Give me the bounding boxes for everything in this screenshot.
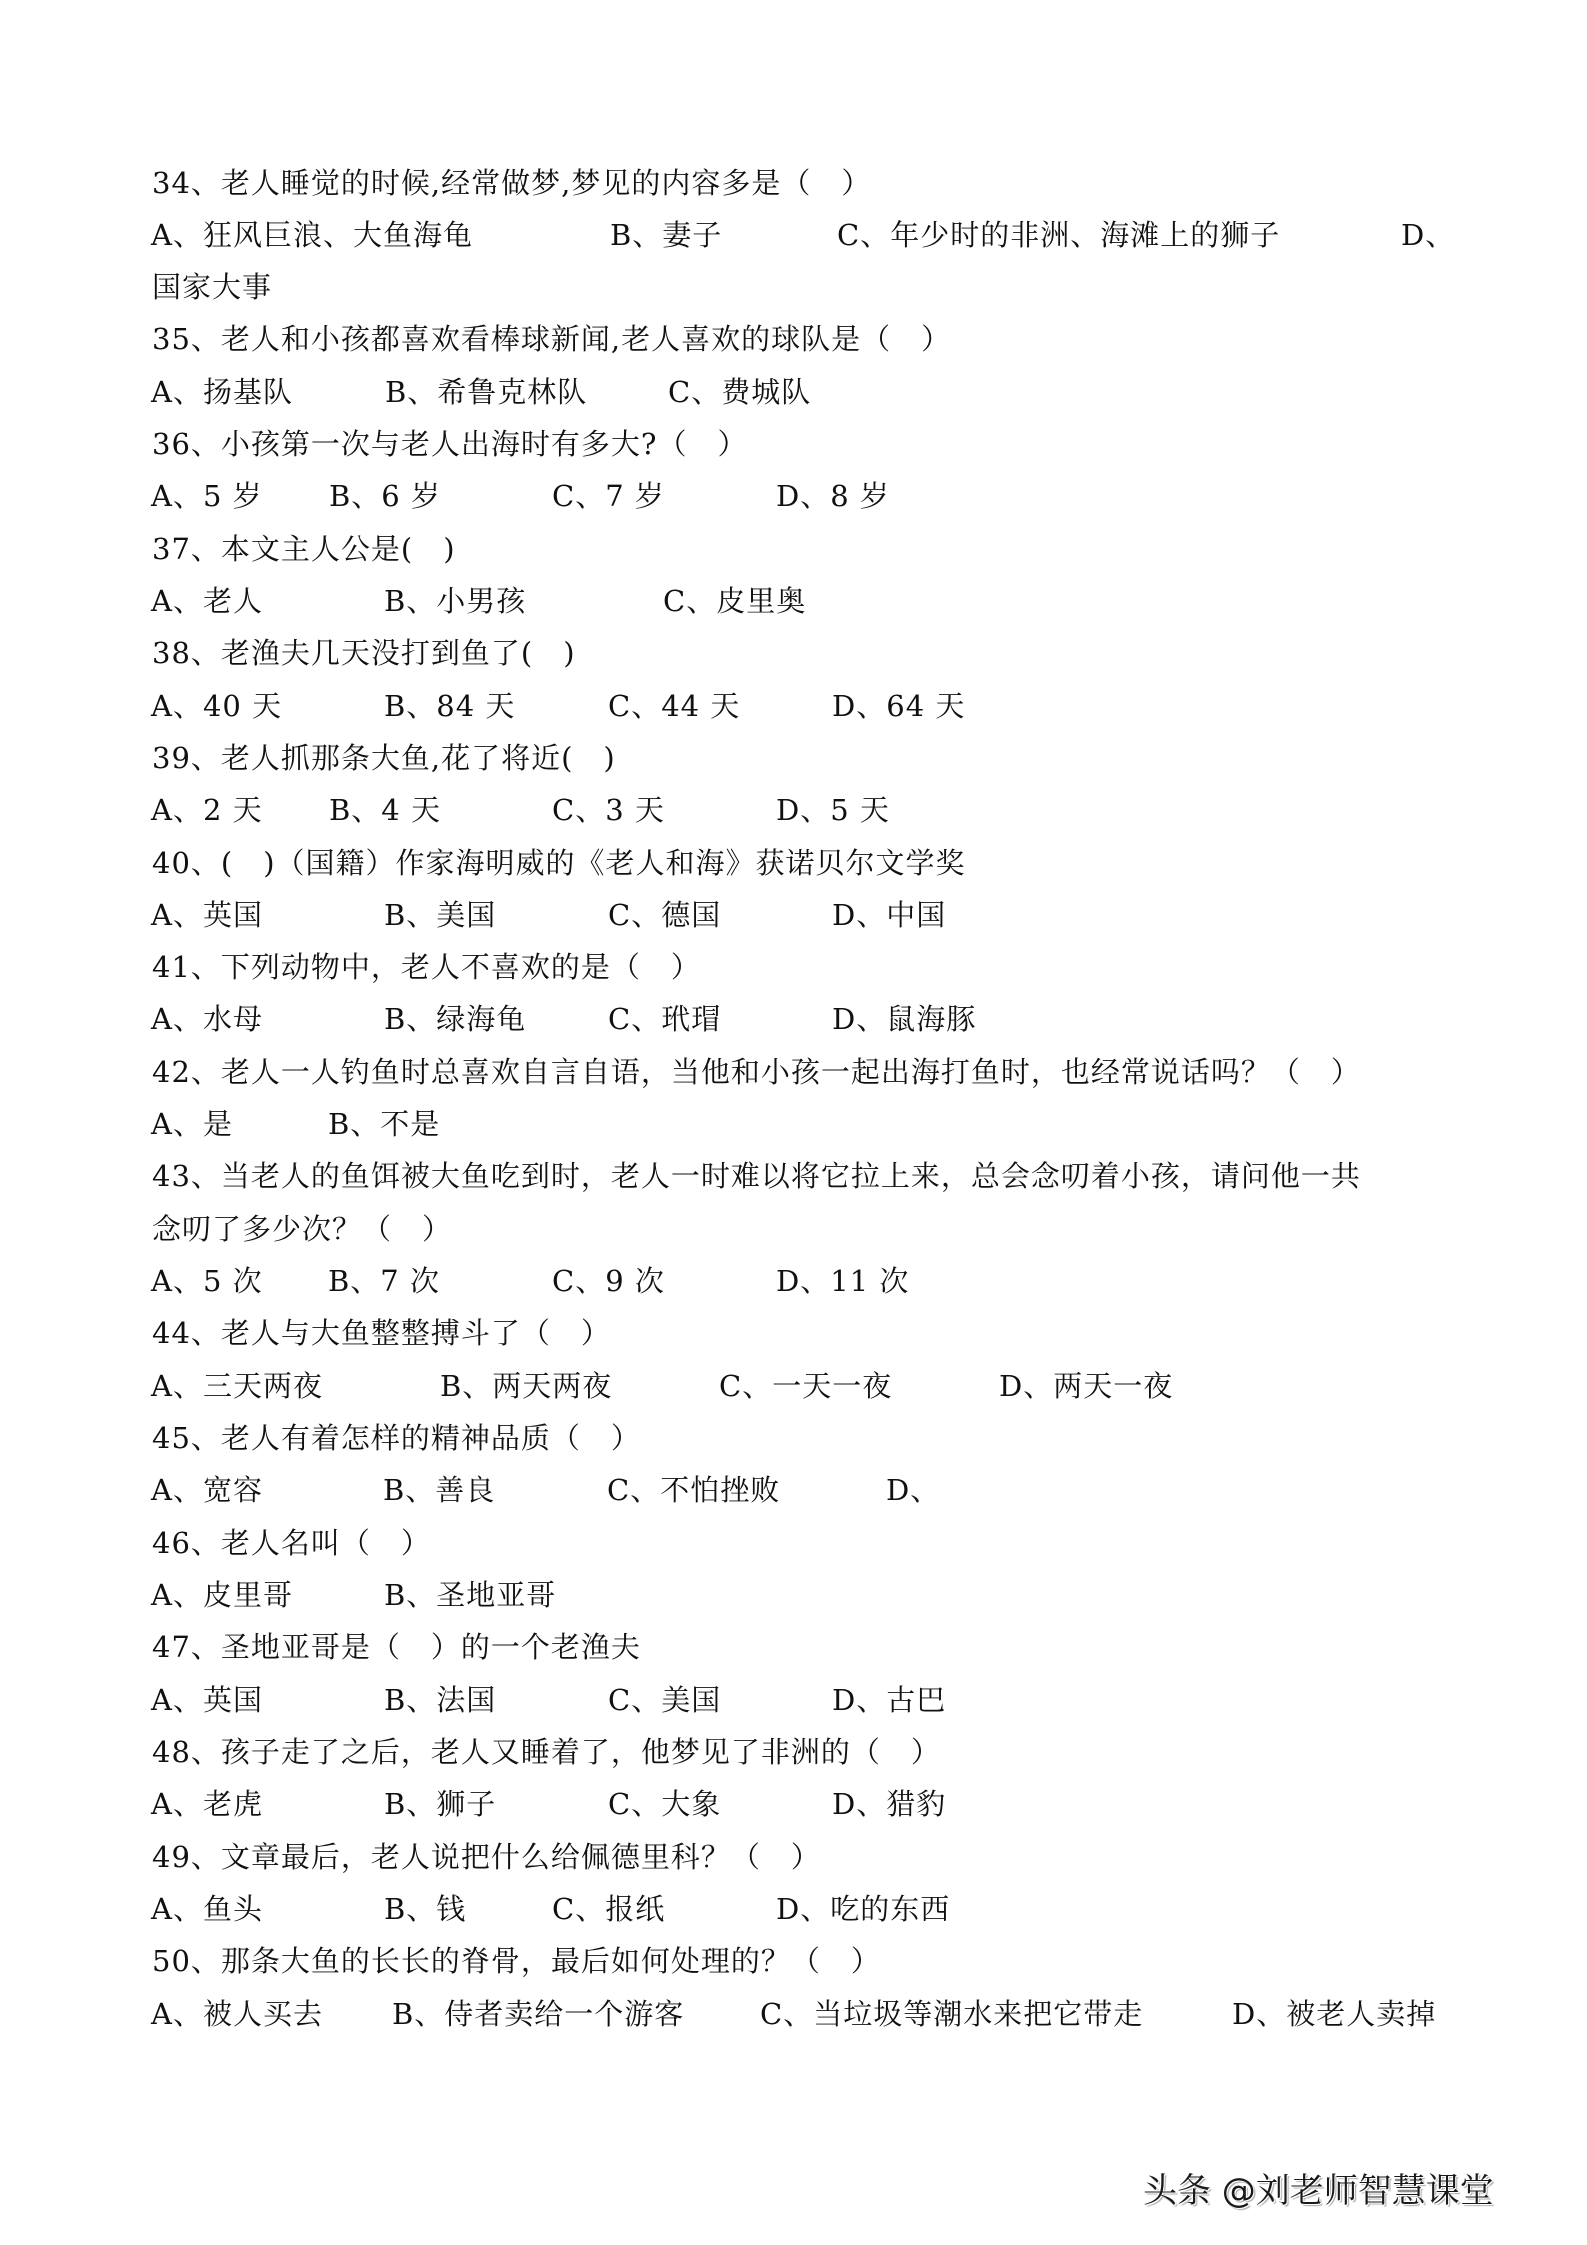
question-45-option-a: A、宽容 bbox=[151, 1474, 263, 1506]
question-41-option-d: D、鼠海豚 bbox=[832, 1003, 976, 1035]
question-37-stem: 37、本文主人公是( ) bbox=[152, 533, 456, 565]
question-45-option-c: C、不怕挫败 bbox=[607, 1474, 780, 1506]
question-44-option-b: B、两天两夜 bbox=[440, 1370, 612, 1402]
question-50-stem: 50、那条大鱼的长长的脊骨，最后如何处理的？（ ） bbox=[152, 1945, 881, 1977]
question-34-option-d: D、 bbox=[1401, 219, 1455, 251]
question-44-stem: 44、老人与大鱼整整搏斗了（ ） bbox=[152, 1317, 611, 1349]
question-44-option-c: C、一天一夜 bbox=[719, 1370, 892, 1402]
question-36-option-d: D、8 岁 bbox=[776, 480, 890, 512]
question-49-option-c: C、报纸 bbox=[552, 1893, 665, 1925]
question-34-option-a: A、狂风巨浪、大鱼海龟 bbox=[151, 219, 473, 251]
question-34-option-b: B、妻子 bbox=[610, 219, 722, 251]
question-50-option-c: C、当垃圾等潮水来把它带走 bbox=[760, 1998, 1143, 2030]
question-41-option-b: B、绿海龟 bbox=[384, 1003, 526, 1035]
question-43-stem: 43、当老人的鱼饵被大鱼吃到时，老人一时难以将它拉上来，总会念叨着小孩，请问他一… bbox=[152, 1160, 1361, 1192]
question-45-option-b: B、善良 bbox=[383, 1474, 495, 1506]
question-46-stem: 46、老人名叫（ ） bbox=[152, 1527, 431, 1559]
question-36-option-a: A、5 岁 bbox=[151, 480, 263, 512]
question-38-stem: 38、老渔夫几天没打到鱼了( ) bbox=[152, 637, 576, 669]
question-43-option-d: D、11 次 bbox=[776, 1265, 909, 1297]
question-48-stem: 48、孩子走了之后，老人又睡着了，他梦见了非洲的（ ） bbox=[152, 1736, 941, 1768]
question-40-option-d: D、中国 bbox=[832, 899, 946, 931]
question-48-option-d: D、猎豹 bbox=[832, 1788, 946, 1820]
question-49-option-d: D、吃的东西 bbox=[776, 1893, 950, 1925]
question-44-option-a: A、三天两夜 bbox=[151, 1370, 323, 1402]
question-35-stem: 35、老人和小孩都喜欢看棒球新闻,老人喜欢的球队是（ ） bbox=[152, 323, 951, 355]
question-45-option-d: D、 bbox=[886, 1474, 940, 1506]
question-49-option-a: A、鱼头 bbox=[151, 1893, 263, 1925]
question-50-option-a: A、被人买去 bbox=[151, 1998, 323, 2030]
question-40-option-c: C、德国 bbox=[608, 899, 721, 931]
question-41-option-a: A、水母 bbox=[151, 1003, 263, 1035]
question-46-option-b: B、圣地亚哥 bbox=[384, 1579, 556, 1611]
question-37-option-b: B、小男孩 bbox=[384, 585, 526, 617]
question-40-stem: 40、( )（国籍）作家海明威的《老人和海》获诺贝尔文学奖 bbox=[152, 847, 966, 879]
question-40-option-a: A、英国 bbox=[151, 899, 263, 931]
question-44-option-d: D、两天一夜 bbox=[999, 1370, 1173, 1402]
question-43-option-a: A、5 次 bbox=[151, 1265, 263, 1297]
question-45-stem: 45、老人有着怎样的精神品质（ ） bbox=[152, 1422, 641, 1454]
question-34-stem: 34、老人睡觉的时候,经常做梦,梦见的内容多是（ ） bbox=[152, 167, 871, 199]
question-47-option-b: B、法国 bbox=[384, 1684, 496, 1716]
question-38-option-c: C、44 天 bbox=[608, 690, 740, 722]
question-46-option-a: A、皮里哥 bbox=[151, 1579, 293, 1611]
question-42-option-a: A、是 bbox=[151, 1108, 233, 1140]
question-42-stem: 42、老人一人钓鱼时总喜欢自言自语，当他和小孩一起出海打鱼时，也经常说话吗？（ … bbox=[152, 1056, 1361, 1088]
question-43-option-b: B、7 次 bbox=[328, 1265, 440, 1297]
question-43-option-c: C、9 次 bbox=[552, 1265, 665, 1297]
question-49-option-b: B、钱 bbox=[384, 1893, 466, 1925]
question-49-stem: 49、文章最后，老人说把什么给佩德里科？（ ） bbox=[152, 1841, 821, 1873]
question-35-option-a: A、扬基队 bbox=[151, 376, 293, 408]
question-35-option-c: C、费城队 bbox=[668, 376, 811, 408]
question-41-option-c: C、玳瑁 bbox=[608, 1003, 721, 1035]
question-43-stem-continuation: 念叨了多少次？（ ） bbox=[152, 1213, 452, 1245]
watermark: 头条 @刘老师智慧课堂 bbox=[1143, 2163, 1494, 2212]
question-50-option-b: B、侍者卖给一个游客 bbox=[392, 1998, 684, 2030]
question-42-option-b: B、不是 bbox=[328, 1108, 440, 1140]
question-36-option-b: B、6 岁 bbox=[329, 480, 441, 512]
question-48-option-b: B、狮子 bbox=[384, 1788, 496, 1820]
question-47-stem: 47、圣地亚哥是（ ）的一个老渔夫 bbox=[152, 1631, 641, 1663]
question-38-option-a: A、40 天 bbox=[151, 690, 282, 722]
question-39-option-d: D、5 天 bbox=[776, 794, 890, 826]
question-47-option-d: D、古巴 bbox=[832, 1684, 946, 1716]
question-39-option-c: C、3 天 bbox=[552, 794, 665, 826]
question-50-option-d: D、被老人卖掉 bbox=[1232, 1998, 1436, 2030]
question-34-option-d-continuation: 国家大事 bbox=[152, 271, 272, 303]
question-39-option-a: A、2 天 bbox=[151, 794, 263, 826]
question-38-option-d: D、64 天 bbox=[832, 690, 965, 722]
question-36-stem: 36、小孩第一次与老人出海时有多大?（ ） bbox=[152, 428, 747, 460]
question-37-option-c: C、皮里奥 bbox=[663, 585, 806, 617]
question-39-stem: 39、老人抓那条大鱼,花了将近( ) bbox=[152, 742, 616, 774]
question-36-option-c: C、7 岁 bbox=[552, 480, 665, 512]
question-48-option-c: C、大象 bbox=[608, 1788, 721, 1820]
question-34-option-c: C、年少时的非洲、海滩上的狮子 bbox=[837, 219, 1280, 251]
question-38-option-b: B、84 天 bbox=[384, 690, 515, 722]
question-47-option-c: C、美国 bbox=[608, 1684, 721, 1716]
question-47-option-a: A、英国 bbox=[151, 1684, 263, 1716]
question-48-option-a: A、老虎 bbox=[151, 1788, 263, 1820]
question-35-option-b: B、希鲁克林队 bbox=[385, 376, 587, 408]
question-40-option-b: B、美国 bbox=[384, 899, 496, 931]
question-41-stem: 41、下列动物中，老人不喜欢的是（ ） bbox=[152, 951, 701, 983]
question-37-option-a: A、老人 bbox=[151, 585, 263, 617]
question-39-option-b: B、4 天 bbox=[329, 794, 441, 826]
